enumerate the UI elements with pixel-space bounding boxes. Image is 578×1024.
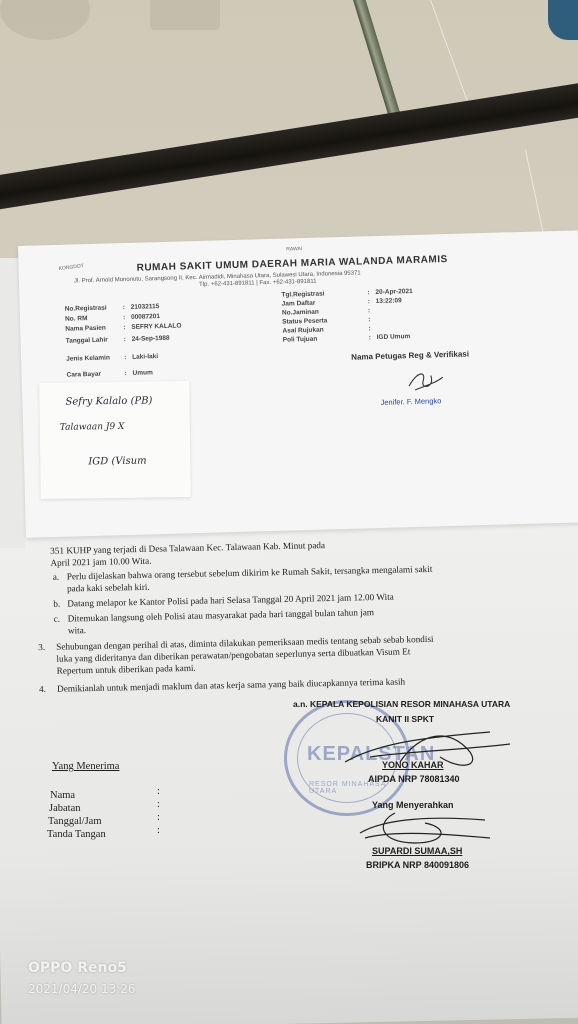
receiver-separator: : — [157, 786, 160, 797]
field-tanggal-lahir: Tanggal Lahir:24-Sep-1988 — [66, 334, 170, 346]
signature-supardi — [355, 808, 495, 848]
verifier-name: Jenifer. F. Mengko — [380, 396, 441, 407]
signatory-name: YONO KAHAR — [382, 760, 444, 770]
verifier-heading: Nama Petugas Reg & Verifikasi — [351, 349, 469, 361]
desk-stain — [0, 0, 90, 40]
note-line: Talawaan J9 X — [60, 422, 125, 433]
receiver-field-nama: Nama — [50, 790, 75, 801]
item-a-cont: pada kaki sebelah kiri. — [67, 582, 150, 594]
field-jenis-kelamin: Jenis Kelamin:Laki-laki — [66, 352, 158, 364]
slip-top-tag: RAWAI — [286, 246, 302, 252]
field-nama-pasien: Nama Pasien:SEFRY KALALO — [65, 321, 181, 333]
note-line: Sefry Kalalo (PB) — [65, 395, 152, 407]
blue-object — [548, 0, 578, 40]
watermark-datetime: 2021/04/20 13:26 — [28, 982, 136, 996]
point-4-marker: 4. — [39, 684, 46, 694]
receiver-field-tanda-tangan: Tanda Tangan — [47, 829, 106, 840]
watermark-device: OPPO Reno5 — [28, 960, 127, 976]
signatory-on-behalf: a.n. KEPALA KEPOLISIAN RESOR MINAHASA UT… — [293, 699, 510, 709]
slip-corner-tag: KONGDOT — [58, 263, 84, 272]
signatory-rank-nrp: AIPDA NRP 78081340 — [368, 774, 460, 784]
field-cara-bayar: Cara Bayar:Umum — [67, 368, 153, 379]
letter-line: April 2021 jam 10.00 Wita. — [50, 556, 151, 568]
receiver-separator: : — [157, 812, 160, 823]
receiver-separator: : — [157, 799, 160, 810]
hospital-name: RUMAH SAKIT UMUM DAERAH MARIA WALANDA MA… — [137, 254, 448, 274]
receiver-separator: : — [157, 825, 160, 836]
receiver-field-jabatan: Jabatan — [49, 803, 81, 814]
clipboard-edge — [0, 78, 578, 212]
receiver-heading: Yang Menerima — [52, 761, 119, 772]
submitter-name: SUPARDI SUMAA,SH — [372, 846, 462, 856]
item-a-marker: a. — [53, 572, 60, 582]
verifier-signature — [405, 367, 446, 394]
submitter-rank-nrp: BRIPKA NRP 840091806 — [366, 860, 469, 870]
handwritten-sticky-note: Sefry Kalalo (PB) Talawaan J9 X IGD (Vis… — [39, 381, 191, 499]
item-b-marker: b. — [53, 599, 60, 609]
item-c-cont: wita. — [68, 625, 86, 635]
receiver-field-tanggal-jam: Tanggal/Jam — [48, 816, 102, 827]
point-3-marker: 3. — [38, 642, 45, 652]
desk-stain — [150, 0, 220, 30]
note-line: IGD (Visum — [88, 456, 146, 468]
item-c-marker: c. — [54, 614, 61, 624]
